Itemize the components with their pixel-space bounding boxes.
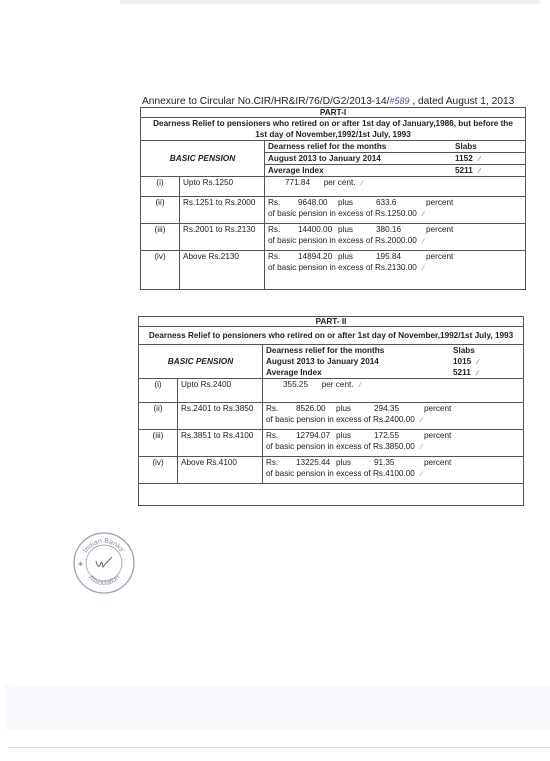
tick-mark-icon: ∕ [479,156,480,163]
part1-description: Dearness Relief to pensioners who retire… [141,118,526,141]
table-row: (iii) Rs.2001 to Rs.2130 Rs.14400.00plus… [141,224,526,251]
table-row: (i) Upto Rs.2400 355.25 per cent.∕ [139,379,524,403]
part1-info-average-index: Average Index5211∕ [265,165,526,177]
part1-table: PART-I Dearness Relief to pensioners who… [140,107,526,290]
part2-table: PART- II Dearness Relief to pensioners w… [138,316,524,506]
tick-mark-icon: ∕ [479,168,480,175]
svg-text:Indian Banks': Indian Banks' [82,538,125,554]
circular-reference: Annexure to Circular No.CIR/HR&IR/76/D/G… [142,96,532,107]
tick-mark-icon: ∕ [421,442,422,453]
scan-artifact-line [8,747,550,748]
pension-range: Upto Rs.1250 [180,177,265,197]
table-row-empty [139,484,524,506]
circular-prefix: Annexure to Circular No.CIR/HR&IR/76/D/G… [142,96,389,107]
relief-formula: Rs.14400.00plus380.16percent of basic pe… [265,224,526,251]
part2-info-months: Dearness relief for the monthsSlabs [263,345,524,357]
seal-text-bottom: Association [87,574,121,587]
table-row: (iv) Above Rs.2130 Rs.14894.20plus195.84… [141,251,526,290]
part1-info-period: August 2013 to January 20141152∕ [265,153,526,165]
tick-mark-icon: ∕ [362,180,363,187]
pension-range: Rs.1251 to Rs.2000 [180,197,265,224]
empty-cell [139,484,524,506]
relief-formula: Rs.9648.00plus633.6percent of basic pens… [265,197,526,224]
tick-mark-icon: ∕ [421,415,422,426]
relief-formula: Rs.14894.20plus195.84percent of basic pe… [265,251,526,290]
part2-info-average-index: Average Index5211∕ [263,367,524,379]
row-number: (iii) [139,430,178,457]
svg-text:Association: Association [87,574,121,587]
tick-mark-icon: ∕ [477,359,478,366]
part2-info-period: August 2013 to January 20141015∕ [263,356,524,367]
pension-range: Upto Rs.2400 [178,379,263,403]
circular-date: , dated August 1, 2013 [412,96,514,107]
relief-rate: 771.84 per cent.∕ [265,177,526,197]
part1-title: PART-I [141,108,526,118]
table-row: (ii) Rs.1251 to Rs.2000 Rs.9648.00plus63… [141,197,526,224]
part2-description-line1: Dearness Relief to pensioners who retire… [139,330,523,341]
table-row: (ii) Rs.2401 to Rs.3850 Rs.8526.00plus29… [139,403,524,430]
table-row: (iv) Above Rs.4100 Rs.13225.44plus91.35p… [139,457,524,484]
pension-range: Above Rs.4100 [178,457,263,484]
relief-formula: Rs.12794.07plus172.55percent of basic pe… [263,430,524,457]
row-number: (iii) [141,224,180,251]
part1-description-line1: Dearness Relief to pensioners who retire… [144,118,522,129]
pension-range: Rs.3851 to Rs.4100 [178,430,263,457]
pension-range: Rs.2401 to Rs.3850 [178,403,263,430]
row-number: (ii) [139,403,178,430]
row-number: (iv) [139,457,178,484]
part2-description: Dearness Relief to pensioners who retire… [139,327,524,345]
scan-artifact-top [120,0,540,4]
part1-info-months: Dearness relief for the monthsSlabs [265,141,526,153]
part1-basic-pension-label: BASIC PENSION [141,141,265,177]
tick-mark-icon: ∕ [477,370,478,377]
part2-title: PART- II [139,317,524,327]
relief-formula: Rs.8526.00plus294.35percent of basic pen… [263,403,524,430]
tick-mark-icon: ∕ [360,382,361,389]
row-number: (ii) [141,197,180,224]
tick-mark-icon: ∕ [421,469,422,480]
relief-rate: 355.25 per cent.∕ [263,379,524,403]
table-row: (i) Upto Rs.1250 771.84 per cent.∕ [141,177,526,197]
handwritten-circular-number: #589 [389,96,409,106]
row-number: (i) [141,177,180,197]
row-number: (i) [139,379,178,403]
association-seal-icon: Indian Banks' Association ✱ [72,531,136,595]
part1-description-line2: 1st day of November,1992/1st July, 1993 [144,129,522,140]
pension-range: Above Rs.2130 [180,251,265,290]
pension-range: Rs.2001 to Rs.2130 [180,224,265,251]
row-number: (iv) [141,251,180,290]
part2-basic-pension-label: BASIC PENSION [139,345,263,379]
seal-text-top: Indian Banks' [82,538,125,554]
relief-formula: Rs.13225.44plus91.35percent of basic pen… [263,457,524,484]
tick-mark-icon: ∕ [423,263,424,274]
svg-text:✱: ✱ [78,561,83,568]
tick-mark-icon: ∕ [423,209,424,220]
tick-mark-icon: ∕ [423,236,424,247]
signature-icon [96,557,112,567]
scan-artifact-bottom [5,685,550,730]
table-row: (iii) Rs.3851 to Rs.4100 Rs.12794.07plus… [139,430,524,457]
